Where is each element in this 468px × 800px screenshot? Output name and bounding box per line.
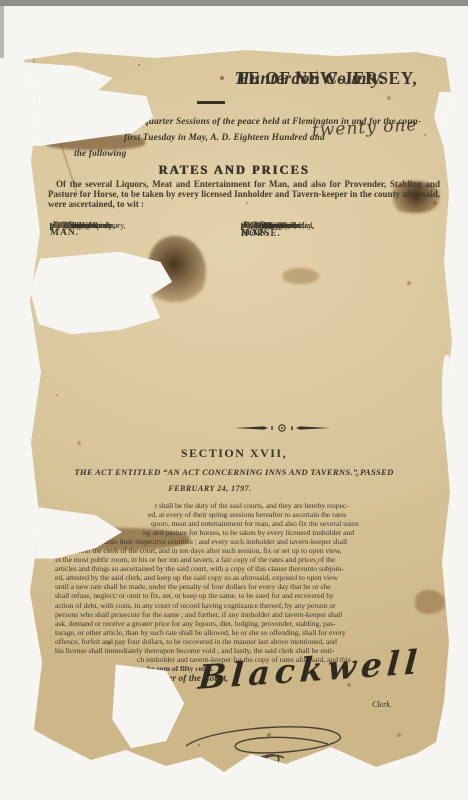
legal-text-line: in the most public room, in his or her i… xyxy=(55,555,433,564)
date-line: first Tuesday in May, A. D. Eighteen Hun… xyxy=(124,132,325,142)
rate-value-handwritten: 18¾ xyxy=(241,223,271,230)
legal-text-line: until a new rate shall be made, under th… xyxy=(55,582,433,591)
torn-hole-table xyxy=(30,250,175,336)
divider-ornament-icon xyxy=(234,423,330,433)
torn-nick-right-edge xyxy=(434,92,452,148)
foxing-spots xyxy=(16,42,18,44)
title-county: Hunterdon County. xyxy=(236,68,385,89)
clerk-label: Clerk. xyxy=(372,700,392,709)
scan-edge-sliver xyxy=(0,6,4,58)
ink-stain xyxy=(283,268,319,284)
scan-edge-bar xyxy=(0,0,468,6)
legal-text-line: persons who shall prosecute for the same… xyxy=(55,610,433,619)
act-title-line: THE ACT ENTITLED “AN ACT CONCERNING INNS… xyxy=(16,467,452,477)
legal-text-line: tavern-keeper within their respective co… xyxy=(55,537,433,546)
legal-text-line: action of debt, with costs, in any court… xyxy=(55,601,433,610)
rates-intro-paragraph: Of the several Liquors, Meat and Enterta… xyxy=(48,180,440,209)
following-line: the following xyxy=(74,148,126,158)
legal-text-line: turage, or other article, than by such r… xyxy=(55,628,433,637)
legal-text-line: articles and things so ascertained by th… xyxy=(55,564,433,573)
broadside-paper: TE OF NEW-JERSEY, Hunterdon County. quar… xyxy=(16,42,452,775)
title-rule xyxy=(197,101,225,104)
act-date-line: FEBRUARY 24, 1797. xyxy=(0,484,428,493)
legal-text-line: shall refuse, neglect, or omit to fix, s… xyxy=(55,591,433,600)
legal-text-line: ed, attested by the said clerk, and keep… xyxy=(55,573,433,582)
legal-text-line: t shall be the duty of the said courts, … xyxy=(55,501,433,510)
legal-text-line: ed, at every of their spring sessions he… xyxy=(55,510,433,519)
section-title: SECTION XVII, xyxy=(16,446,452,461)
rate-value-handwritten: 06¼ xyxy=(50,223,80,230)
legal-text-line: ask, demand or receive a greater price f… xyxy=(55,619,433,628)
handwritten-year: twenty one xyxy=(312,115,418,140)
rates-heading: RATES AND PRICES xyxy=(16,163,452,178)
legal-text-line: obtain from the clerk of the court, and … xyxy=(55,546,433,555)
torn-sliver-right-edge xyxy=(442,355,452,433)
